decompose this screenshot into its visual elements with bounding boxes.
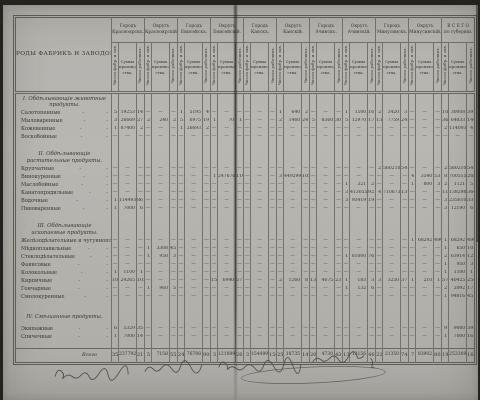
data-cell: — [251, 294, 269, 302]
data-cell: — [269, 110, 277, 118]
data-cell: — [284, 262, 302, 270]
data-cell: — [302, 190, 310, 198]
data-cell: — [185, 270, 203, 278]
data-cell: — [343, 262, 350, 270]
data-cell: — [434, 134, 442, 142]
data-cell: — [185, 182, 203, 190]
data-cell: — [119, 286, 137, 294]
data-cell: — [218, 126, 236, 134]
data-cell: 37 [401, 278, 409, 286]
data-cell: — [178, 278, 185, 286]
data-cell: — [383, 294, 401, 302]
data-cell: — [244, 134, 251, 142]
data-cell: — [302, 334, 310, 342]
data-cell: 3 [434, 182, 442, 190]
row-label: Колокольные-- [16, 270, 112, 278]
row-label: Экипажные-- [16, 326, 112, 334]
row-label: Крупчатные-- [16, 166, 112, 174]
data-cell: — [119, 174, 137, 182]
data-cell: 57 [442, 278, 449, 286]
leader-dash: - [76, 199, 78, 204]
data-cell: — [376, 334, 383, 342]
data-cell: — [145, 174, 152, 182]
data-cell: — [137, 262, 145, 270]
data-cell: 1664 [467, 349, 475, 363]
data-cell: — [376, 270, 383, 278]
data-cell: — [277, 182, 284, 190]
data-cell: — [434, 286, 442, 294]
data-cell: — [335, 182, 343, 190]
data-cell: — [335, 126, 343, 134]
data-cell: — [284, 246, 302, 254]
data-cell: — [112, 190, 119, 198]
leader-dash: - [106, 271, 108, 276]
data-cell: 199 [442, 349, 449, 363]
data-cell: — [251, 126, 269, 134]
leader-dash: - [106, 191, 108, 196]
data-cell: — [211, 286, 218, 294]
data-cell: — [170, 134, 178, 142]
data-cell: 183 [350, 278, 368, 286]
data-cell: — [112, 286, 119, 294]
leader-dash: - [106, 183, 108, 188]
data-cell: — [401, 246, 409, 254]
leader-dash: - [88, 247, 90, 252]
data-cell: — [317, 294, 335, 302]
group-header: ОкругъМинусинскій. [409, 18, 442, 43]
data-cell: 74 [401, 349, 409, 363]
data-cell: 802 [434, 349, 442, 363]
data-cell: 1 [112, 198, 119, 206]
data-cell: — [317, 262, 335, 270]
data-cell: — [310, 206, 317, 214]
data-cell: — [335, 246, 343, 254]
data-cell: — [416, 166, 434, 174]
data-cell: 950 [449, 262, 467, 270]
data-cell: — [317, 270, 335, 278]
data-cell: 12970 [350, 118, 368, 126]
data-cell: — [335, 198, 343, 206]
data-cell: — [383, 238, 401, 246]
data-cell: — [383, 206, 401, 214]
scanned-document: { "table": { "row_header": "РОДЫ ФАБРИКЪ… [0, 0, 480, 400]
data-cell: — [203, 182, 211, 190]
data-cell: 2 [170, 118, 178, 126]
data-cell: 15 [211, 278, 218, 286]
data-cell: — [416, 254, 434, 262]
data-cell: 30 [335, 118, 343, 126]
data-cell: 1 [442, 246, 449, 254]
data-cell: — [284, 182, 302, 190]
section-heading: II. Обдѣлывающіе растительные продукты. [16, 149, 112, 166]
data-cell: — [211, 166, 218, 174]
data-cell: — [185, 326, 203, 334]
data-cell: — [145, 198, 152, 206]
data-cell: 3 [343, 198, 350, 206]
subcol-header-workers: Число рабочихъ. [401, 43, 409, 93]
data-cell: 4 [467, 126, 475, 134]
data-cell: — [211, 198, 218, 206]
data-cell: — [137, 254, 145, 262]
data-cell: — [317, 334, 335, 342]
data-cell: 5 [467, 182, 475, 190]
group-header-line2: Ачинскъ. [310, 30, 342, 36]
data-cell: — [317, 126, 335, 134]
leader-dash: - [106, 247, 108, 252]
data-cell: — [376, 326, 383, 334]
data-cell: — [211, 206, 218, 214]
data-cell: — [269, 174, 277, 182]
data-cell: — [203, 198, 211, 206]
data-cell: — [152, 278, 170, 286]
data-cell: 6940 [218, 278, 236, 286]
data-cell: — [218, 206, 236, 214]
data-cell: — [335, 174, 343, 182]
data-cell: — [211, 182, 218, 190]
data-cell: 70 [218, 118, 236, 126]
data-cell: — [244, 246, 251, 254]
data-cell: — [170, 126, 178, 134]
data-cell: — [211, 270, 218, 278]
data-cell: — [211, 126, 218, 134]
data-cell: — [284, 326, 302, 334]
data-cell: — [277, 254, 284, 262]
data-cell: — [152, 206, 170, 214]
data-cell: — [244, 110, 251, 118]
row-label: Кожевенные-- [16, 126, 112, 134]
data-cell: — [302, 238, 310, 246]
data-cell: 2092 [449, 286, 467, 294]
data-cell: — [317, 110, 335, 118]
data-cell: 2 [376, 166, 383, 174]
data-cell: — [416, 118, 434, 126]
data-cell: — [401, 174, 409, 182]
data-cell: 8 [302, 278, 310, 286]
row-label: Гончарные-- [16, 286, 112, 294]
data-cell: — [145, 134, 152, 142]
data-cell: — [251, 326, 269, 334]
data-cell: — [317, 254, 335, 262]
data-cell: — [277, 166, 284, 174]
data-cell: — [211, 254, 218, 262]
data-cell: — [112, 262, 119, 270]
data-cell: 2 [137, 126, 145, 134]
group-header: ОкругъАчинскій. [343, 18, 376, 43]
data-cell: — [185, 238, 203, 246]
subcol-header-sum: Суммапроизводства. [350, 43, 368, 93]
data-cell: — [401, 134, 409, 142]
data-cell: — [112, 246, 119, 254]
data-cell: — [251, 118, 269, 126]
data-cell: — [310, 286, 317, 294]
data-cell: — [170, 326, 178, 334]
data-cell: 800 [416, 182, 434, 190]
data-cell: 92 [368, 190, 376, 198]
data-cell: — [203, 190, 211, 198]
group-header-line2: Красноярскій. [145, 30, 177, 36]
data-cell: — [269, 254, 277, 262]
data-cell: — [185, 246, 203, 254]
data-cell: — [203, 174, 211, 182]
data-cell: 14 [137, 334, 145, 342]
data-cell: 10 [112, 278, 119, 286]
data-cell: — [152, 270, 170, 278]
subcol-header-factories: Число фабр. и зав. [343, 43, 350, 93]
data-cell: 12190 [449, 206, 467, 214]
data-cell: — [409, 334, 416, 342]
subcol-header-workers: Число рабочихъ. [269, 43, 277, 93]
data-cell: 87400 [119, 126, 137, 134]
data-cell: — [416, 326, 434, 334]
data-cell: 3 [467, 262, 475, 270]
data-cell: — [185, 198, 203, 206]
data-cell: — [343, 206, 350, 214]
data-cell: — [310, 190, 317, 198]
data-cell: — [185, 166, 203, 174]
data-cell: 33 [467, 198, 475, 206]
data-cell: — [409, 198, 416, 206]
data-cell: — [302, 198, 310, 206]
data-cell: — [277, 294, 284, 302]
data-cell: — [343, 238, 350, 246]
row-label: Водочные-- [16, 198, 112, 206]
data-cell: — [211, 262, 218, 270]
data-cell: — [409, 190, 416, 198]
data-cell: 61000 [350, 254, 368, 262]
data-cell: — [119, 182, 137, 190]
row-label: Фаянсовые-- [16, 262, 112, 270]
data-cell: 19 [368, 198, 376, 206]
data-cell: — [170, 238, 178, 246]
data-cell: — [269, 246, 277, 254]
data-cell: — [112, 182, 119, 190]
subcol-header-workers: Число рабочихъ. [302, 43, 310, 93]
data-cell: — [277, 134, 284, 142]
subcol-header-sum: Суммапроизводства. [251, 43, 269, 93]
data-cell: — [152, 238, 170, 246]
subcol-header-workers: Число рабочихъ. [203, 43, 211, 93]
data-cell: 1 [409, 182, 416, 190]
data-cell: 17 [368, 118, 376, 126]
data-cell: — [310, 174, 317, 182]
data-cell: 710673 [383, 190, 401, 198]
data-cell: — [343, 166, 350, 174]
data-cell: 3 [368, 278, 376, 286]
data-cell: — [119, 166, 137, 174]
data-cell: — [269, 286, 277, 294]
data-cell: — [152, 326, 170, 334]
data-cell: — [203, 238, 211, 246]
data-cell: 560210 [383, 166, 401, 174]
data-cell: 950 [152, 254, 170, 262]
data-cell: — [416, 262, 434, 270]
data-cell: — [317, 134, 335, 142]
data-cell: 1 [467, 270, 475, 278]
data-cell: 7759 [383, 118, 401, 126]
data-cell: — [416, 190, 434, 198]
data-cell: 6 [137, 206, 145, 214]
group-header: ОкругъКанскій. [277, 18, 310, 43]
data-cell: — [269, 206, 277, 214]
data-cell: — [310, 270, 317, 278]
data-cell: — [310, 166, 317, 174]
leader-dash: - [106, 207, 108, 212]
data-cell: — [218, 334, 236, 342]
data-cell: — [178, 206, 185, 214]
data-cell: — [119, 190, 137, 198]
data-cell: — [335, 294, 343, 302]
data-cell: — [335, 110, 343, 118]
data-cell: 7000 [119, 334, 137, 342]
data-cell: 1 [442, 294, 449, 302]
data-cell: — [178, 270, 185, 278]
data-cell: 40425 [449, 278, 467, 286]
data-cell: 83902 [416, 349, 434, 363]
data-cell: — [185, 278, 203, 286]
data-cell: — [277, 270, 284, 278]
data-cell: 2 [442, 126, 449, 134]
data-cell: — [416, 110, 434, 118]
data-cell: — [277, 198, 284, 206]
row-label: Маслобойные-- [16, 182, 112, 190]
data-cell: — [401, 286, 409, 294]
data-cell: 1 [343, 254, 350, 262]
data-cell: — [383, 134, 401, 142]
data-cell: — [137, 190, 145, 198]
data-cell: — [203, 246, 211, 254]
subcol-header-sum: Суммапроизводства. [416, 43, 434, 93]
data-cell: — [335, 262, 343, 270]
subcol-header-factories: Число фабр. и зав. [145, 43, 152, 93]
data-cell: — [251, 110, 269, 118]
data-cell: — [203, 270, 211, 278]
data-cell: 5 [178, 118, 185, 126]
data-cell: — [203, 134, 211, 142]
data-cell: — [251, 198, 269, 206]
data-cell: 1 [211, 118, 218, 126]
leader-dash: - [106, 279, 108, 284]
data-cell: 27 [137, 118, 145, 126]
data-cell: — [383, 326, 401, 334]
data-cell: — [244, 190, 251, 198]
data-cell: — [178, 190, 185, 198]
data-cell: — [350, 174, 368, 182]
data-cell: 2 [277, 118, 284, 126]
leader-dash: - [78, 287, 80, 292]
data-cell: — [112, 294, 119, 302]
data-cell: — [409, 134, 416, 142]
data-cell: — [251, 334, 269, 342]
data-cell: — [218, 294, 236, 302]
data-cell: — [401, 334, 409, 342]
data-cell: — [277, 246, 284, 254]
data-cell: — [112, 134, 119, 142]
data-cell: — [277, 286, 284, 294]
data-cell: 4 [376, 190, 383, 198]
group-header: ГородъКрасноярскъ. [112, 18, 145, 43]
data-cell: 640 [284, 110, 302, 118]
data-cell: 121 [467, 254, 475, 262]
data-cell: — [416, 270, 434, 278]
data-cell: — [211, 190, 218, 198]
data-cell: — [416, 246, 434, 254]
row-label: Спичечные-- [16, 334, 112, 342]
data-cell: — [409, 294, 416, 302]
leader-dash: - [106, 335, 108, 340]
data-cell: — [119, 134, 137, 142]
data-cell: 1 [343, 182, 350, 190]
data-cell: — [409, 270, 416, 278]
data-cell: — [269, 326, 277, 334]
data-cell: 1 [442, 238, 449, 246]
data-cell: — [302, 294, 310, 302]
data-cell: — [178, 286, 185, 294]
data-cell: — [211, 294, 218, 302]
data-cell: 1 [442, 334, 449, 342]
data-cell: 68292 [449, 238, 467, 246]
data-cell: — [185, 334, 203, 342]
data-cell: — [376, 262, 383, 270]
data-cell: — [368, 294, 376, 302]
leader-dash: - [89, 191, 91, 196]
data-cell: — [335, 326, 343, 334]
data-cell: — [145, 278, 152, 286]
leader-dash: - [82, 111, 84, 116]
data-cell: — [284, 286, 302, 294]
data-cell: — [376, 246, 383, 254]
data-cell: — [203, 254, 211, 262]
data-cell: — [178, 294, 185, 302]
data-cell: — [145, 110, 152, 118]
leader-dash: - [83, 175, 85, 180]
data-cell: — [310, 326, 317, 334]
data-cell: — [401, 254, 409, 262]
data-cell: — [269, 334, 277, 342]
data-cell: 2 [376, 110, 383, 118]
leader-dash: - [83, 207, 85, 212]
data-cell: — [152, 190, 170, 198]
data-cell: — [137, 286, 145, 294]
data-cell: — [310, 246, 317, 254]
data-cell: — [302, 270, 310, 278]
leader-dash: - [106, 119, 108, 124]
group-header-line2: Енисейскъ. [178, 30, 210, 36]
data-cell: — [434, 270, 442, 278]
data-cell: — [251, 254, 269, 262]
data-cell: — [343, 134, 350, 142]
group-header: ГородъЕнисейскъ. [178, 18, 211, 43]
data-cell: 63914 [449, 254, 467, 262]
data-cell: 1 [178, 126, 185, 134]
data-cell: — [112, 254, 119, 262]
data-cell: — [343, 126, 350, 134]
data-cell: — [170, 270, 178, 278]
data-cell: 6 [112, 326, 119, 334]
data-cell: — [416, 206, 434, 214]
data-cell: — [244, 254, 251, 262]
data-cell: 54 [401, 166, 409, 174]
data-cell: — [119, 246, 137, 254]
data-cell: 3 [277, 174, 284, 182]
data-cell: 449299 [284, 174, 302, 182]
data-cell: 24 [302, 118, 310, 126]
data-cell: 17 [467, 286, 475, 294]
data-cell: — [317, 286, 335, 294]
data-cell: — [218, 254, 236, 262]
data-cell: — [383, 246, 401, 254]
data-cell: — [310, 126, 317, 134]
data-cell: — [442, 134, 449, 142]
